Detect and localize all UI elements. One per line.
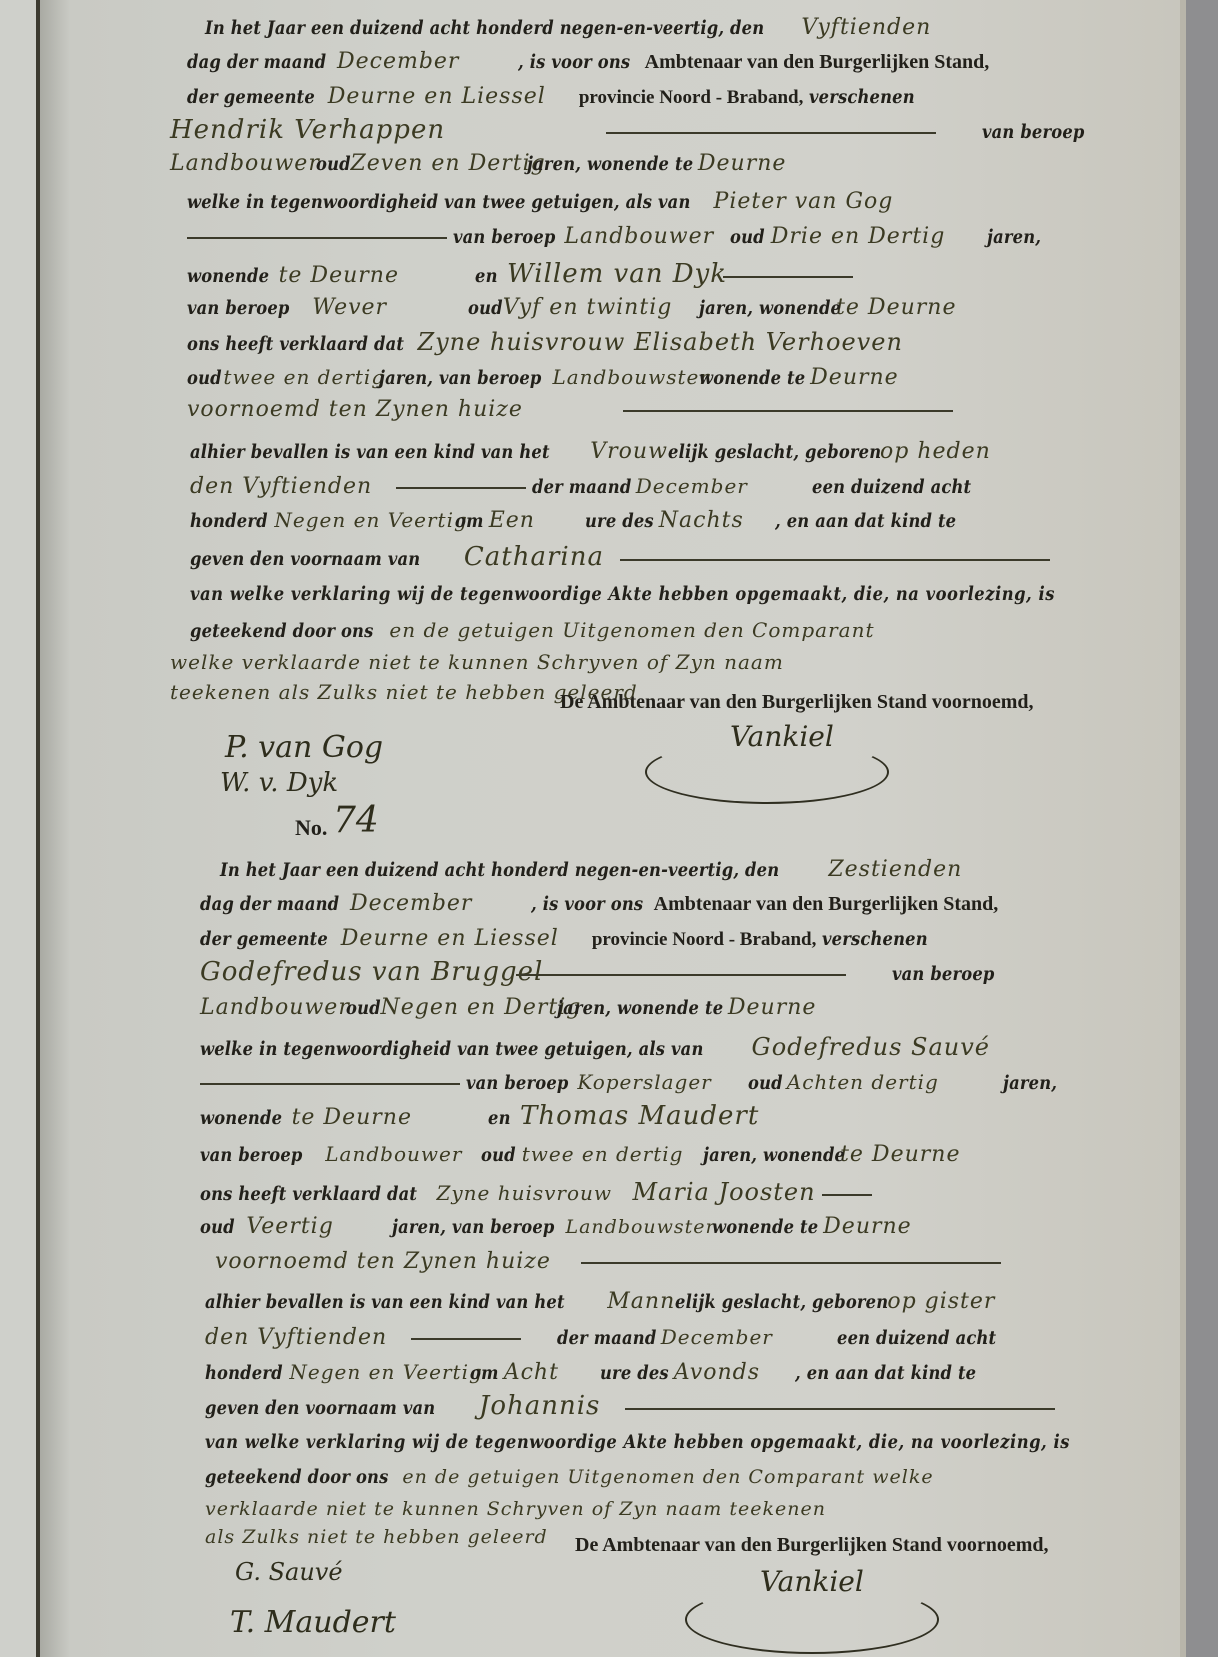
act1-signature-flourish	[645, 740, 889, 804]
act2-line-9: van beroep Landbouwer oud twee en dertig…	[200, 1142, 960, 1167]
act2-line-19: verklaarde niet te kunnen Schryven of Zy…	[205, 1497, 826, 1521]
act2-line-17: van welke verklaring wij de tegenwoordig…	[205, 1430, 1211, 1454]
act1-line-19: welke verklaarde niet te kunnen Schryven…	[170, 650, 784, 675]
act1-line-9: van beroep Wever oud Vyf en twintig jare…	[187, 296, 956, 320]
previous-page-edge	[0, 0, 38, 1657]
act1-official-title: De Ambtenaar van den Burgerlijken Stand …	[560, 690, 1034, 714]
act1-line-2: dag der maand December , is voor ons Amb…	[187, 50, 989, 74]
page-right-edge	[1180, 0, 1186, 1657]
act2-line-11: oud Veertig jaren, van beroep Landbouwst…	[200, 1215, 912, 1239]
act1-witness-signature-1: P. van Gog	[225, 730, 383, 765]
act1-line-16: geven den voornaam van Catharina	[190, 545, 1050, 571]
act2-number-value: 74	[333, 800, 379, 841]
act1-line-13: alhier bevallen is van een kind van het …	[190, 440, 991, 464]
act1-line-12: voornoemd ten Zynen huize	[187, 398, 953, 422]
act2-witness-signature-2: T. Maudert	[230, 1605, 396, 1640]
act2-line-15: honderd Negen en Veertig om Acht ure des…	[205, 1360, 1006, 1385]
act2-line-3: der gemeente Deurne en Liessel provincie…	[200, 927, 945, 952]
act2-line-1: In het Jaar een duizend acht honderd neg…	[220, 858, 962, 882]
act2-official-title: De Ambtenaar van den Burgerlijken Stand …	[575, 1533, 1049, 1557]
act1-line-8: wonende te Deurne en Willem van Dyk	[187, 262, 853, 288]
act1-line-1: In het Jaar een duizend acht honderd neg…	[205, 16, 931, 40]
act1-line-6: welke in tegenwoordigheid van twee getui…	[187, 190, 893, 214]
act1-line-17: van welke verklaring wij de tegenwoordig…	[190, 582, 1196, 606]
register-page: In het Jaar een duizend acht honderd neg…	[70, 0, 1183, 1657]
act2-line-13: alhier bevallen is van een kind van het …	[205, 1290, 995, 1314]
act2-line-4: Godefredus van Bruggel van beroep	[200, 960, 1011, 986]
act2-line-6: welke in tegenwoordigheid van twee getui…	[200, 1035, 990, 1061]
act1-line-11: oud twee en dertig jaren, van beroep Lan…	[187, 365, 899, 390]
act2-line-12: voornoemd ten Zynen huize	[215, 1250, 1001, 1274]
act2-line-16: geven den voornaam van Johannis	[205, 1394, 1055, 1420]
act1-line-7: van beroep Landbouwer oud Drie en Dertig…	[187, 225, 1050, 249]
act1-line-3: der gemeente Deurne en Liessel provincie…	[187, 85, 932, 110]
act2-line-8: wonende te Deurne en Thomas Maudert	[200, 1104, 759, 1130]
act1-line-5: Landbouwer oud Zeven en Dertig jaren, wo…	[170, 152, 786, 176]
act2-line-18: geteekend door ons en de getuigen Uitgen…	[205, 1465, 934, 1489]
act2-line-2: dag der maand December , is voor ons Amb…	[200, 892, 998, 916]
act2-line-5: Landbouwer oud Negen en Dertig jaren, wo…	[200, 996, 816, 1020]
gutter-shadow	[40, 0, 70, 1657]
act1-line-4: Hendrik Verhappen van beroep	[170, 118, 1101, 144]
act1-witness-signature-2: W. v. Dyk	[220, 768, 338, 798]
act1-line-18: geteekend door ons en de getuigen Uitgen…	[190, 618, 875, 643]
act1-line-10: ons heeft verklaard dat Zyne huisvrouw E…	[187, 330, 903, 356]
act2-line-14: den Vyftienden der maand December een du…	[205, 1325, 1022, 1350]
act1-line-14: den Vyftienden der maand December een du…	[190, 474, 997, 499]
act2-number-label: No.	[295, 815, 327, 841]
act2-line-10: ons heeft verklaard dat Zyne huisvrouw M…	[200, 1180, 872, 1206]
act2-signature-flourish	[685, 1585, 939, 1654]
act2-line-7: van beroep Koperslager oud Achten dertig…	[200, 1070, 1066, 1095]
act1-line-15: honderd Negen en Veertig om Een ure des …	[190, 508, 986, 533]
act2-line-20: als Zulks niet te hebben geleerd	[205, 1525, 548, 1549]
act2-witness-signature-1: G. Sauvé	[235, 1558, 343, 1586]
